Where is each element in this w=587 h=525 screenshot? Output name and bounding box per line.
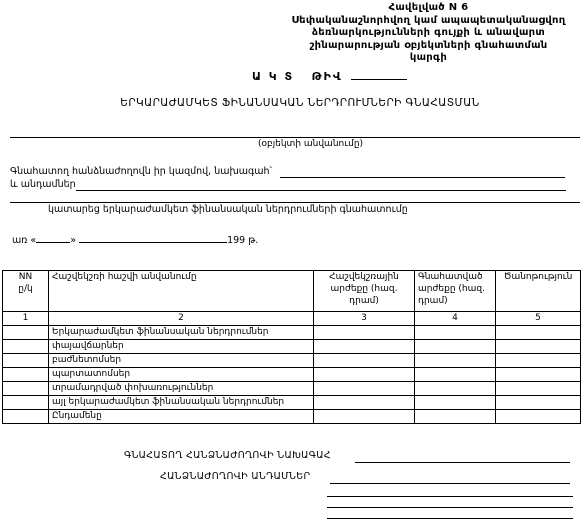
column-number-row: 1 2 3 4 5 <box>3 312 581 326</box>
balance-value-cell[interactable] <box>314 368 415 382</box>
header-number: NN ը/կ <box>3 271 49 312</box>
column-number: 5 <box>496 312 581 326</box>
balance-value-cell[interactable] <box>314 396 415 410</box>
account-name-cell: պարտատոմսեր <box>49 368 314 382</box>
account-name-cell: այլ երկարաժամկետ ֆինանսական ներդրումներ <box>49 396 314 410</box>
column-number: 2 <box>49 312 314 326</box>
day-field[interactable] <box>36 233 70 243</box>
assessed-value-cell[interactable] <box>415 326 496 340</box>
balance-value-cell[interactable] <box>314 410 415 424</box>
table-header-row: NN ը/կ Հաշվեկշռի հաշվի անվանումը Հաշվեկշ… <box>3 271 581 312</box>
members-field-continued[interactable] <box>10 202 580 203</box>
members-signature-label: ՀԱՆՁՆԱԺՈՂՈՎԻ ԱՆԴԱՄՆԵՐ <box>160 471 310 482</box>
table-row: տրամադրված փոխառություններ <box>3 382 581 396</box>
row-number-cell[interactable] <box>3 410 49 424</box>
header-balance-value: Հաշվեկշռային արժեքը (հազ. դրամ) <box>314 271 415 312</box>
note-cell[interactable] <box>496 368 581 382</box>
appendix-label: Հավելված N 6 <box>270 2 587 15</box>
assessed-value-cell[interactable] <box>415 410 496 424</box>
chairman-signature-label: ԳՆԱՀԱՏՈՂ ՀԱՆՁՆԱԺՈՂՈՎԻ ՆԱԽԱԳԱՀ <box>124 450 331 461</box>
row-number-cell[interactable] <box>3 354 49 368</box>
act-number: Ա Կ Տ ԹԻՎ <box>252 69 407 83</box>
account-name-cell: բաժնետոմսեր <box>49 354 314 368</box>
account-name-cell: Երկարաժամկետ ֆինանսական ներդրումներ <box>49 326 314 340</box>
assessed-value-cell[interactable] <box>415 368 496 382</box>
assessed-value-cell[interactable] <box>415 340 496 354</box>
chairman-field[interactable] <box>280 177 565 178</box>
row-number-cell[interactable] <box>3 340 49 354</box>
date-mid: » <box>70 235 76 246</box>
note-cell[interactable] <box>496 340 581 354</box>
header-line-4: կարգի <box>270 52 587 65</box>
row-number-cell[interactable] <box>3 368 49 382</box>
row-number-cell[interactable] <box>3 396 49 410</box>
column-number: 4 <box>415 312 496 326</box>
chairman-signature-field[interactable] <box>355 462 570 463</box>
table-row: այլ երկարաժամկետ ֆինանսական ներդրումներ <box>3 396 581 410</box>
note-cell[interactable] <box>496 382 581 396</box>
assessed-value-cell[interactable] <box>415 396 496 410</box>
month-field[interactable] <box>79 233 227 243</box>
object-name-caption: (օբյեկտի անվանումը) <box>258 139 363 149</box>
member-signature-field-1[interactable] <box>330 483 570 484</box>
date-prefix: առ « <box>12 235 36 246</box>
performed-text: կատարեց երկարաժամկետ ֆինանսական ներդրում… <box>48 204 408 215</box>
header-account-name: Հաշվեկշռի հաշվի անվանումը <box>49 271 314 312</box>
account-name-cell: տրամադրված փոխառություններ <box>49 382 314 396</box>
table-row: փայավճարներ <box>3 340 581 354</box>
assessed-value-cell[interactable] <box>415 354 496 368</box>
document-title: ԵՐԿԱՐԱԺԱՄԿԵՏ ՖԻՆԱՆՍԱԿԱՆ ՆԵՐԴՐՈՒՄՆԵՐԻ ԳՆԱ… <box>100 97 500 109</box>
act-number-label: ԹԻՎ <box>312 70 343 83</box>
valuation-table: NN ը/կ Հաշվեկշռի հաշվի անվանումը Հաշվեկշ… <box>2 270 581 424</box>
member-signature-field-3[interactable] <box>327 507 573 508</box>
header-line-1: Սեփականաշնորհվող կամ ապապետականացվող <box>270 15 587 28</box>
balance-value-cell[interactable] <box>314 340 415 354</box>
table-row: Երկարաժամկետ ֆինանսական ներդրումներ <box>3 326 581 340</box>
table-row-total: Ընդամենը <box>3 410 581 424</box>
act-number-field[interactable] <box>351 69 407 80</box>
year-suffix: 199 թ. <box>227 235 258 246</box>
assessed-value-cell[interactable] <box>415 382 496 396</box>
table-row: պարտատոմսեր <box>3 368 581 382</box>
account-name-cell: փայավճարներ <box>49 340 314 354</box>
object-name-field[interactable] <box>10 137 580 138</box>
balance-value-cell[interactable] <box>314 382 415 396</box>
balance-value-cell[interactable] <box>314 326 415 340</box>
note-cell[interactable] <box>496 410 581 424</box>
header-note: Ծանոթություն <box>496 271 581 312</box>
table-row: բաժնետոմսեր <box>3 354 581 368</box>
column-number: 1 <box>3 312 49 326</box>
header-line-2: ձեռնարկությունների գույքի և անավարտ <box>270 27 587 40</box>
column-number: 3 <box>314 312 415 326</box>
date-line: առ «» 199 թ. <box>12 233 258 246</box>
document-header: Հավելված N 6 Սեփականաշնորհվող կամ ապապետ… <box>270 2 587 65</box>
note-cell[interactable] <box>496 326 581 340</box>
act-label: Ա Կ Տ <box>252 70 294 83</box>
header-line-3: շինարարության օբյեկտների գնահատման <box>270 40 587 53</box>
header-assessed-value: Գնահատված արժեքը (հազ. դրամ) <box>415 271 496 312</box>
balance-value-cell[interactable] <box>314 354 415 368</box>
row-number-cell[interactable] <box>3 382 49 396</box>
member-signature-field-2[interactable] <box>327 496 573 497</box>
members-label: և անդամներ <box>10 179 76 190</box>
member-signature-field-4[interactable] <box>327 518 573 519</box>
note-cell[interactable] <box>496 396 581 410</box>
row-number-cell[interactable] <box>3 326 49 340</box>
members-field[interactable] <box>76 190 566 191</box>
note-cell[interactable] <box>496 354 581 368</box>
commission-label: Գնահատող հանձնաժողովն իր կազմով, նախագահ… <box>10 166 272 177</box>
account-name-cell: Ընդամենը <box>49 410 314 424</box>
